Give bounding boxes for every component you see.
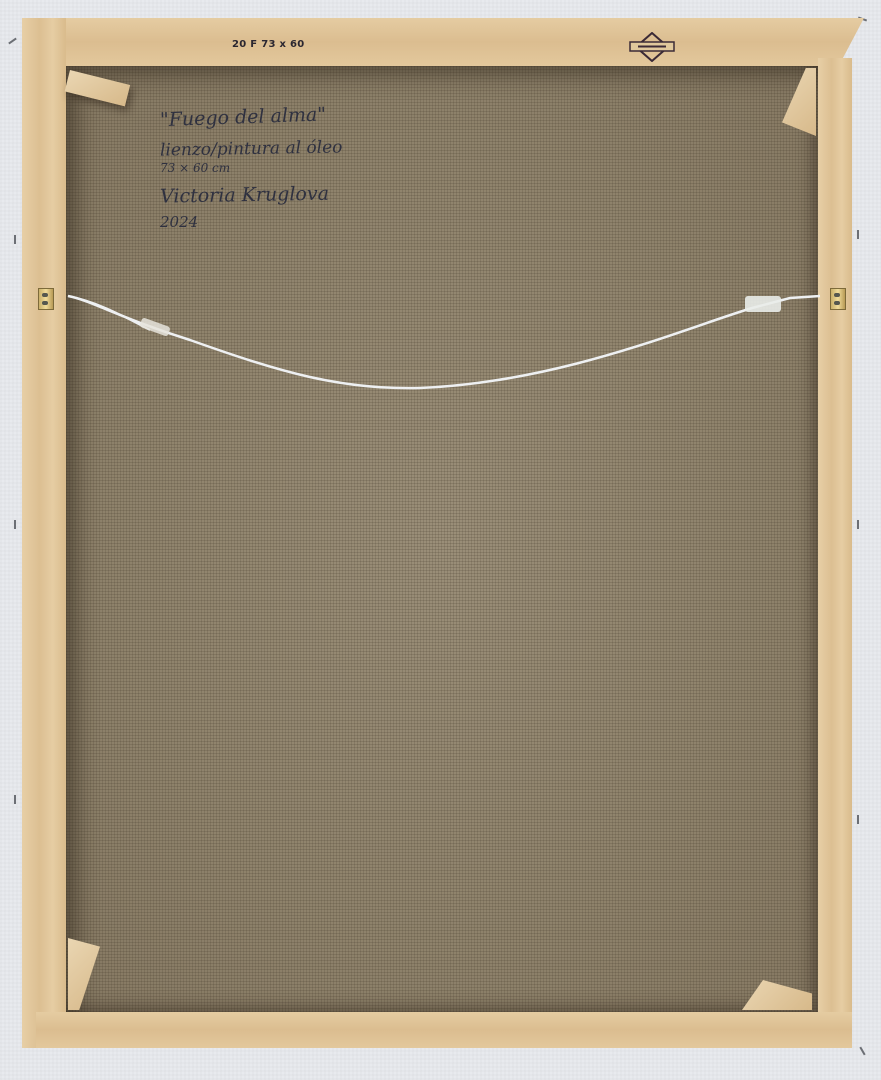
hanging-wire (0, 0, 881, 1080)
wire-crimp-sleeve (745, 296, 781, 312)
wire-crimp-sleeve (139, 317, 171, 337)
